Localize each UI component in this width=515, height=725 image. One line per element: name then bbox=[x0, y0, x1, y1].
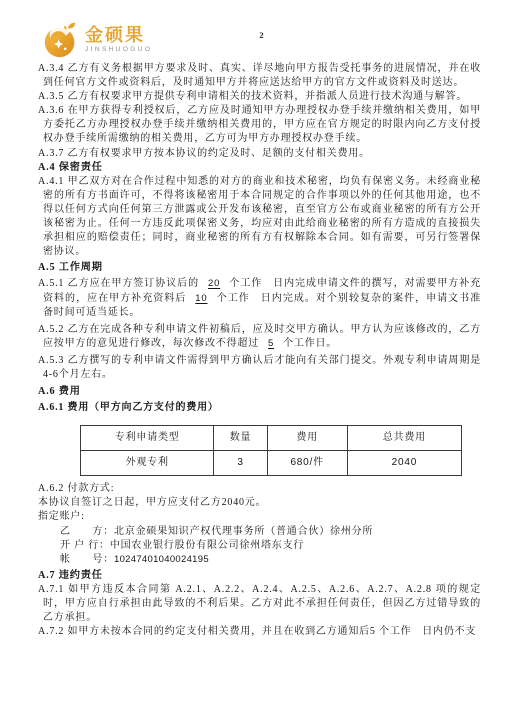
account-number-line: 帐 号：10247401040024195 bbox=[38, 553, 481, 567]
clause-a6-2-title: A.6.2 付款方式: bbox=[38, 482, 481, 496]
clause-a4-1: A.4.1 甲乙双方对在合作过程中知悉的对方的商业和技术秘密，均负有保密义务。未… bbox=[38, 175, 481, 260]
clause-a6-1: A.6.1 费用（甲方向乙方支付的费用） bbox=[38, 401, 481, 415]
document-page: 金硕果 JINSHUOGUO 2 A.3.4 乙方有义务根据甲方要求及时、真实、… bbox=[0, 0, 515, 725]
clause-a5-1-text: A.5.1 乙方应在甲方签订协议后的 bbox=[38, 278, 199, 289]
section-heading-a4: A.4 保密责任 bbox=[38, 161, 481, 175]
blank-workdays-5: 5 bbox=[259, 338, 283, 349]
blank-workdays-10: 10 bbox=[186, 293, 216, 304]
contract-body: A.3.4 乙方有义务根据甲方要求及时、真实、详尽地向甲方报告受托事务的进展情况… bbox=[38, 62, 481, 639]
fee-table-header-fee: 费用 bbox=[267, 426, 347, 451]
fee-table-row: 外观专利 3 680/件 2040 bbox=[81, 451, 462, 476]
account-bank-line: 开 户 行：中国农业银行股份有限公司徐州塔东支行 bbox=[38, 539, 481, 553]
fee-cell-fee: 680/件 bbox=[267, 451, 347, 476]
account-party-label: 乙 方： bbox=[60, 526, 114, 537]
clause-a3-4: A.3.4 乙方有义务根据甲方要求及时、真实、详尽地向甲方报告受托事务的进展情况… bbox=[38, 62, 481, 90]
clause-a3-6: A.3.6 在甲方获得专利授权后，乙方应及时通知甲方办理授权办登手续并缴纳相关费… bbox=[38, 104, 481, 146]
clause-a5-3: A.5.3 乙方撰写的专利申请文件需得到甲方确认后才能向有关部门提交。外观专利申… bbox=[38, 354, 481, 382]
clause-a5-2-text: 个工作日。 bbox=[283, 338, 337, 349]
account-number-value: 10247401040024195 bbox=[114, 554, 209, 565]
designated-account-title: 指定账户: bbox=[38, 510, 481, 524]
account-bank-label: 开 户 行： bbox=[60, 540, 110, 551]
account-party-value: 北京金硕果知识产权代理事务所（普通合伙）徐州分所 bbox=[114, 526, 373, 537]
clause-a5-1: A.5.1 乙方应在甲方签订协议后的20个工作 日内完成申请文件的撰写，对需要甲… bbox=[38, 277, 481, 319]
clause-a3-5: A.3.5 乙方有权要求甲方提供专利申请相关的技术资料，并指派人员进行技术沟通与… bbox=[38, 90, 481, 104]
fee-cell-total: 2040 bbox=[347, 451, 461, 476]
fee-table-header-qty: 数量 bbox=[214, 426, 267, 451]
clause-a7-1: A.7.1 如甲方违反本合同第 A.2.1、A.2.2、A.2.4、A.2.5、… bbox=[38, 583, 481, 625]
fee-table-header-row: 专利申请类型 数量 费用 总共费用 bbox=[81, 426, 462, 451]
account-party-line: 乙 方：北京金硕果知识产权代理事务所（普通合伙）徐州分所 bbox=[38, 525, 481, 539]
section-heading-a6: A.6 费用 bbox=[38, 385, 481, 399]
blank-workdays-20: 20 bbox=[199, 278, 229, 289]
clause-a6-2-body: 本协议自签订之日起，甲方应支付乙方2040元。 bbox=[38, 496, 481, 510]
fee-table-header-type: 专利申请类型 bbox=[81, 426, 214, 451]
clause-a5-2: A.5.2 乙方在完成各种专利申请文件初稿后，应及时交甲方确认。甲方认为应该修改… bbox=[38, 323, 481, 351]
logo-company-pinyin: JINSHUOGUO bbox=[85, 47, 152, 54]
account-bank-value: 中国农业银行股份有限公司徐州塔东支行 bbox=[110, 540, 304, 551]
clause-a7-2: A.7.2 如甲方未按本合同的约定支付相关费用，并且在收到乙方通知后5 个工作 … bbox=[38, 625, 481, 639]
section-heading-a5: A.5 工作周期 bbox=[38, 261, 481, 275]
fee-cell-type: 外观专利 bbox=[81, 451, 214, 476]
page-number: 2 bbox=[42, 30, 481, 40]
fee-table: 专利申请类型 数量 费用 总共费用 外观专利 3 680/件 2040 bbox=[80, 425, 462, 476]
clause-a3-7: A.3.7 乙方有权要求甲方按本协议的约定及时、足额的支付相关费用。 bbox=[38, 147, 481, 161]
account-number-label: 帐 号： bbox=[60, 554, 114, 565]
fee-table-header-total: 总共费用 bbox=[347, 426, 461, 451]
fee-cell-qty: 3 bbox=[214, 451, 267, 476]
section-heading-a7: A.7 违约责任 bbox=[38, 569, 481, 583]
page-header: 金硕果 JINSHUOGUO 2 bbox=[42, 20, 481, 62]
